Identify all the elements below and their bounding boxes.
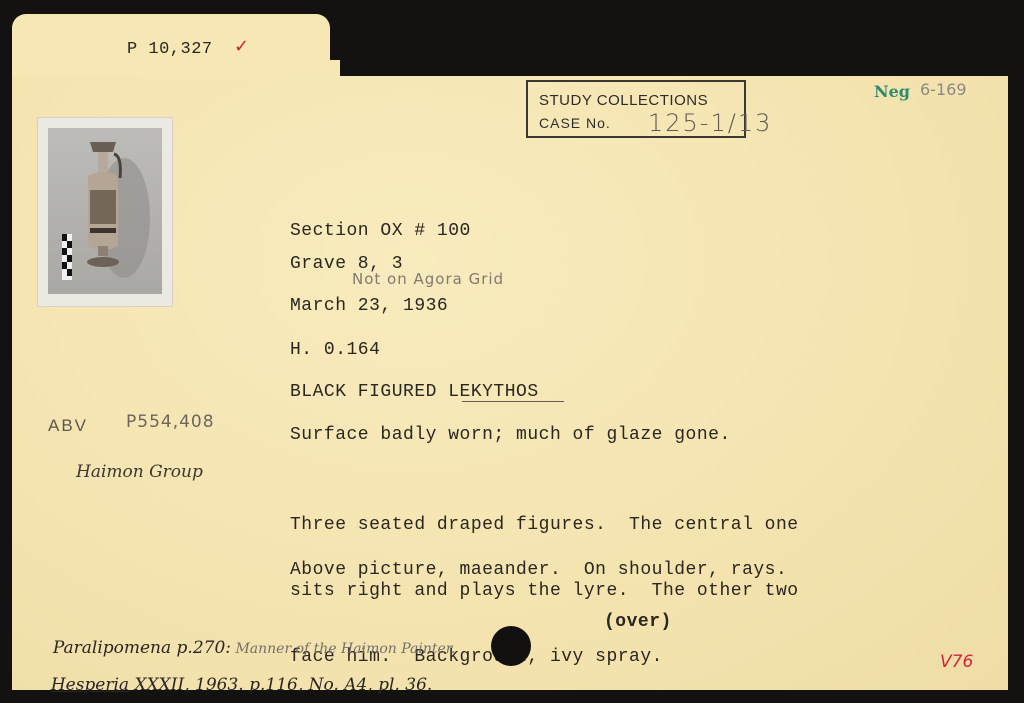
description-line: Three seated draped figures. The central… (290, 514, 799, 536)
stamp-case-label: CASE No. (539, 115, 611, 131)
surface-note: Surface badly worn; much of glaze gone. (290, 425, 731, 445)
section-field: Section OX # 100 (290, 221, 471, 241)
abv-label: ABV (48, 416, 88, 436)
decoration-note: Above picture, maeander. On shoulder, ra… (290, 560, 787, 580)
object-title: BLACK FIGURED LEKYTHOS (290, 382, 539, 402)
lekythos-image-icon (48, 128, 162, 294)
description-line: sits right and plays the lyre. The other… (290, 580, 799, 602)
object-photo (38, 118, 172, 306)
negative-label: Neg (874, 82, 910, 101)
stamp-title: STUDY COLLECTIONS (539, 92, 708, 109)
negative-number: 6-169 (920, 80, 967, 99)
check-mark-icon: ✓ (234, 36, 249, 57)
over-note: (over) (604, 612, 672, 632)
inventory-number: P 10,327 (127, 40, 213, 59)
photo-image (48, 128, 162, 294)
height-field: H. 0.164 (290, 340, 380, 360)
abv-reference: P554,408 (126, 412, 215, 432)
hesperia-journal: Hesperia (51, 675, 129, 695)
hesperia-ref: XXXII, 1963. p.116, No. A4, pl. 36. (129, 675, 432, 695)
title-underline (462, 401, 564, 402)
bibliography-line-1: Paralipomena p.270: Manner of the Haimon… (42, 618, 455, 658)
grid-note: Not on Agora Grid (352, 270, 504, 288)
punch-hole (491, 626, 531, 666)
bibliography-line-2: Hesperia XXXII, 1963. p.116, No. A4, pl.… (40, 655, 432, 695)
date-field: March 23, 1936 (290, 296, 448, 316)
corner-mark: V76 (940, 652, 973, 672)
attribution-note: Haimon Group (76, 462, 203, 482)
case-number: 125-1/13 (648, 109, 772, 137)
